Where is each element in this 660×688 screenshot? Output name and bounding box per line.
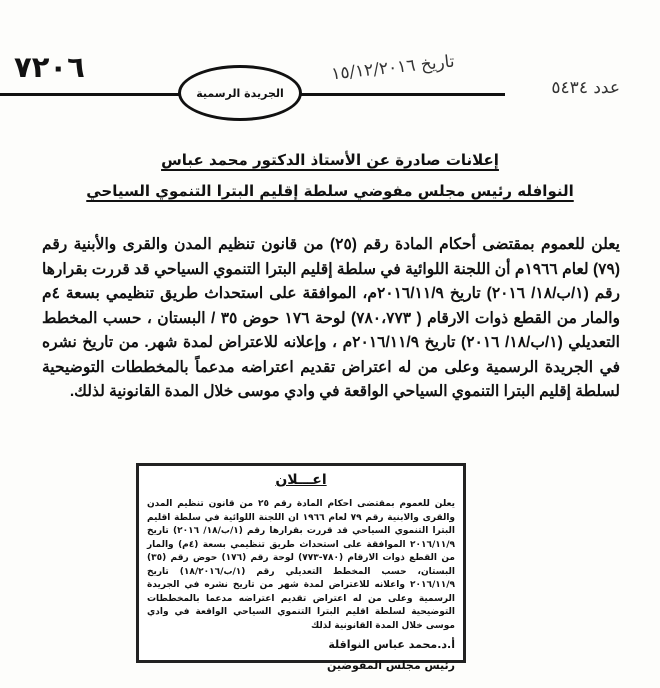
title-line-1: إعلانات صادرة عن الأستاذ الدكتور محمد عب… (70, 150, 590, 170)
title-line-2: النوافله رئيس مجلس مفوضي سلطة إقليم البت… (70, 181, 590, 201)
gazette-name: الجريدة الرسمية (196, 87, 284, 100)
boxed-notice: اعـــلان يعلن للعموم بمقتضى احكام المادة… (136, 463, 466, 663)
notice-body: يعلن للعموم بمقتضى احكام المادة رقم ٢٥ م… (147, 498, 455, 633)
handwritten-issue-number: عدد ٥٤٣٤ (551, 78, 620, 98)
announcement-body: يعلن للعموم بمقتضى أحكام المادة رقم (٢٥)… (42, 233, 620, 405)
notice-title: اعـــلان (147, 472, 455, 488)
signatory-title: رئيس مجلس المفوضين (147, 656, 455, 675)
page-number: ٧٢٠٦ (14, 50, 85, 84)
announcement-titles: إعلانات صادرة عن الأستاذ الدكتور محمد عب… (70, 150, 590, 212)
gazette-name-oval: الجريدة الرسمية (178, 65, 302, 121)
handwritten-date: تاريخ ١٥/١٢/٢٠١٦ (331, 52, 456, 85)
signatory-name: أ.د.محمد عباس النواقلة (147, 635, 455, 654)
